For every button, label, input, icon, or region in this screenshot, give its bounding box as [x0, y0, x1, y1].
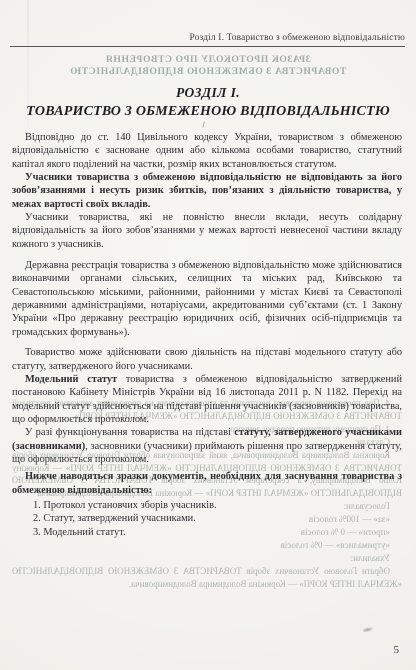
- model-statute-term: Модельний статут: [25, 374, 117, 385]
- chapter-title: РОЗДІЛ І. ТОВАРИСТВО З ОБМЕЖЕНОЮ ВІДПОВІ…: [0, 85, 416, 120]
- list-item: 2. Статут, затверджений учасниками.: [33, 512, 402, 525]
- list-item: 3. Модельний статут.: [33, 526, 402, 539]
- book-page: Розділ І. Товариство з обмеженою відпові…: [0, 0, 416, 670]
- document-body: Відповідно до ст. 140 Цивільного кодексу…: [12, 131, 402, 539]
- chapter-name: ТОВАРИСТВО З ОБМЕЖЕНОЮ ВІДПОВІДАЛЬНІСТЮ: [0, 104, 416, 120]
- ghost-line: ЗРАЗОК ПРОТОКОЛУ ПРО СТВОРЕННЯ: [0, 54, 416, 66]
- ghost-line: «утрималися» — 0% голосів: [12, 539, 402, 552]
- document-list: 1. Протокол установчих зборів учасників.…: [12, 499, 402, 539]
- paragraph-solidary-liability: Учасники товариства, які не повністю вне…: [12, 211, 402, 251]
- paragraph-samples-intro: Нижче наводяться зразки документів, необ…: [12, 470, 402, 497]
- running-header: Розділ І. Товариство з обмеженою відпові…: [10, 33, 405, 47]
- ink-speck: [202, 122, 207, 129]
- ghost-line: Ухвалили:: [12, 552, 402, 565]
- ghost-line: ТОВАРИСТВА З ОБМЕЖЕНОЮ ВІДПОВІДАЛЬНІСТЮ: [0, 66, 416, 78]
- paragraph-definition: Відповідно до ст. 140 Цивільного кодексу…: [12, 131, 402, 171]
- running-header-text: Розділ І. Товариство з обмеженою відпові…: [190, 33, 405, 43]
- paragraph-state-registration: Державна реєстрація товариства з обмежен…: [12, 259, 402, 339]
- paragraph-liability: Учасники товариства з обмеженою відповід…: [12, 171, 402, 211]
- ghost-line: Обрати Головою Установчих зборів ТОВАРИС…: [12, 565, 402, 591]
- paragraph-model-statute: Модельний статут товариства з обмеженою …: [12, 373, 402, 426]
- ghost-showthrough-heading: ЗРАЗОК ПРОТОКОЛУ ПРО СТВОРЕННЯТОВАРИСТВА…: [0, 54, 416, 77]
- paragraph-activity-basis: Товариство може здійснювати свою діяльні…: [12, 346, 402, 373]
- chapter-number: РОЗДІЛ І.: [0, 85, 416, 101]
- paragraph-approved-statute: У разі функціонування товариства на підс…: [12, 426, 402, 466]
- page-number: 5: [394, 644, 400, 656]
- list-item: 1. Протокол установчих зборів учасників.: [33, 499, 402, 512]
